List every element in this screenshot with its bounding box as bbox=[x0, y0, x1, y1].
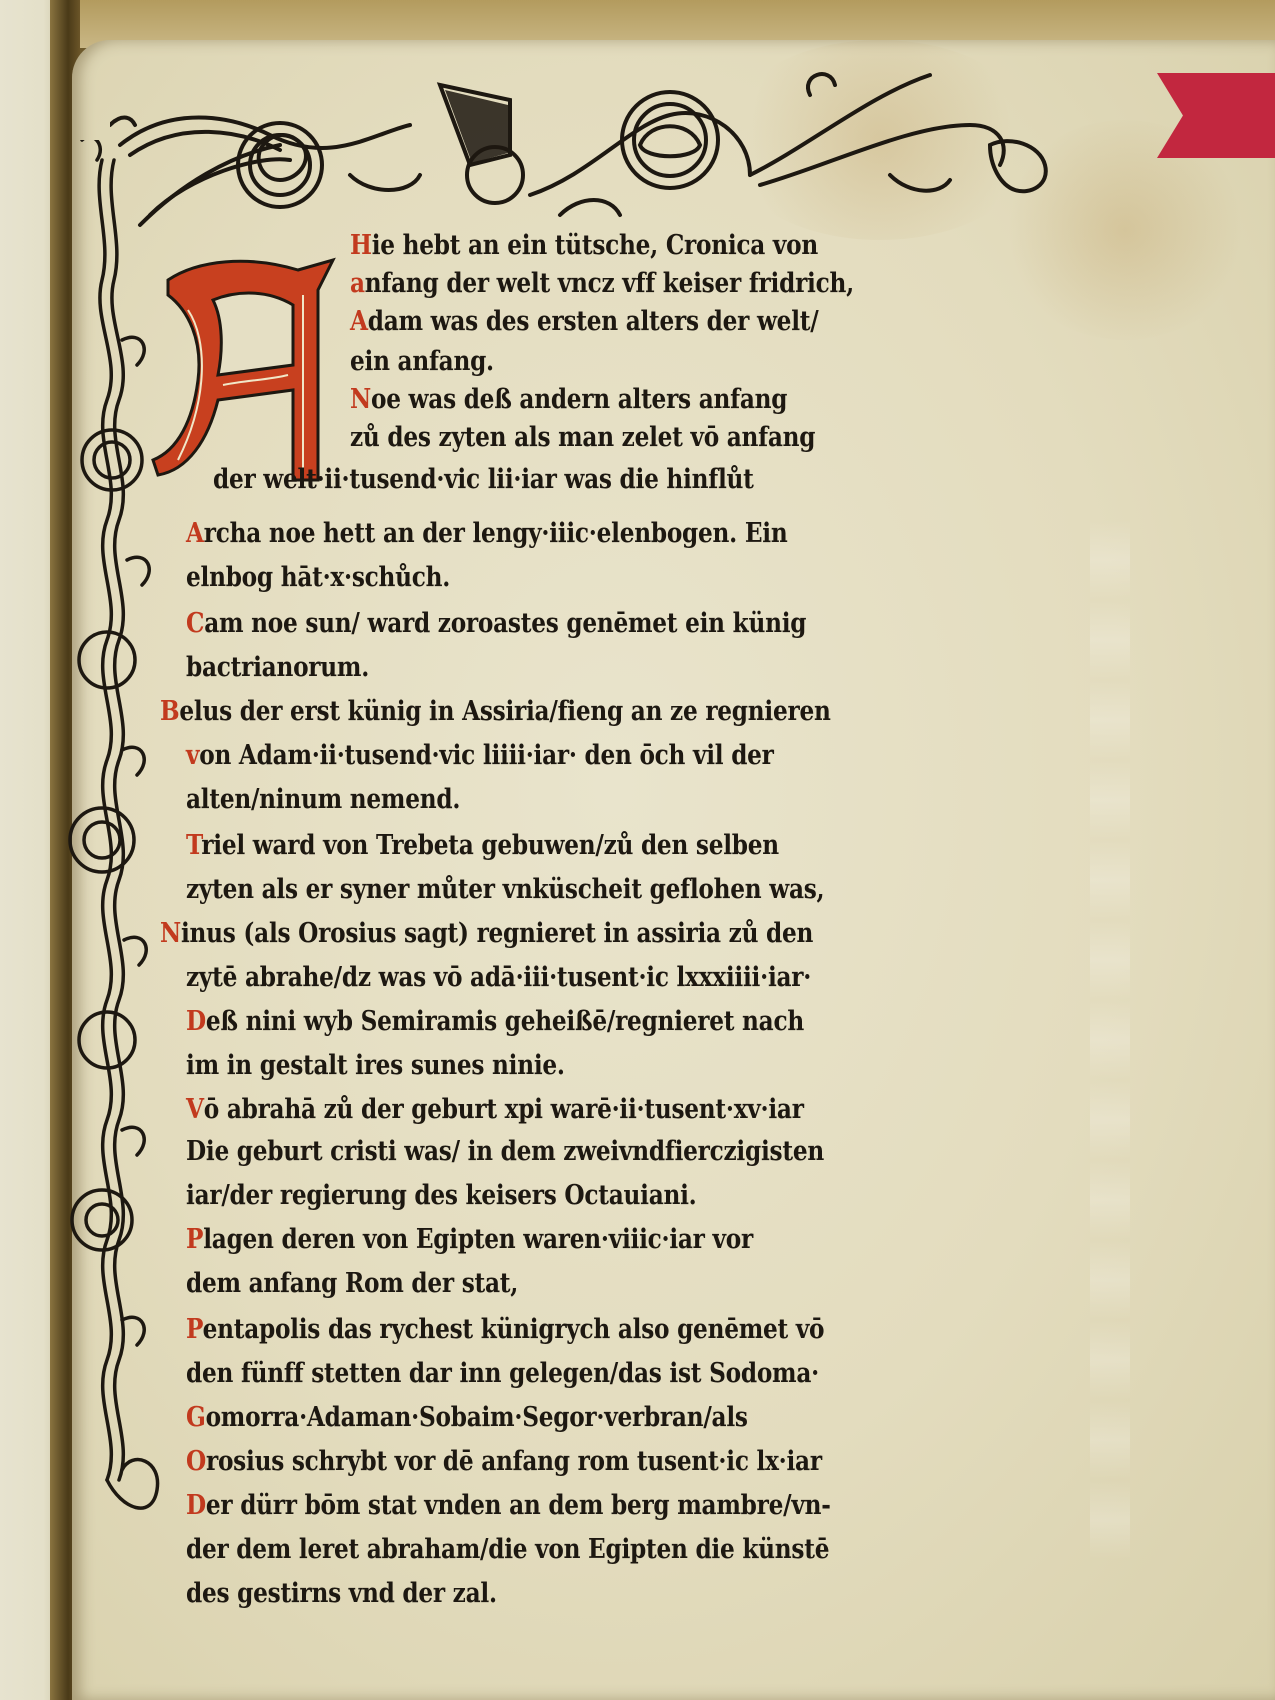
text-line: iar/der regierung des keisers Octauiani. bbox=[186, 1180, 697, 1211]
text-line: Hie hebt an ein tütsche, Cronica von bbox=[350, 230, 818, 261]
text-line: bactrianorum. bbox=[186, 652, 369, 683]
rubricated-initial: H bbox=[350, 230, 372, 261]
rubricated-initial: G bbox=[186, 1402, 206, 1433]
rubricated-initial: C bbox=[186, 608, 204, 639]
text-line: Triel ward von Trebeta gebuwen/zů den se… bbox=[186, 830, 779, 861]
text-line: dem anfang Rom der stat, bbox=[186, 1268, 518, 1299]
text-line: Deß nini wyb Semiramis geheißē/regnieret… bbox=[186, 1006, 804, 1037]
rubricated-initial: a bbox=[350, 268, 365, 299]
text-line: anfang der welt vncz vff keiser fridrich… bbox=[350, 268, 854, 299]
text-line: zyten als er syner můter vnküscheit gefl… bbox=[186, 874, 824, 905]
text-line: Belus der erst künig in Assiria/fieng an… bbox=[160, 696, 831, 727]
rubricated-initial: O bbox=[186, 1446, 206, 1477]
rubricated-initial: P bbox=[186, 1224, 203, 1255]
rubricated-initial: B bbox=[160, 696, 179, 727]
text-line: von Adam·ii·tusend·vic liiii·iar· den ōc… bbox=[186, 740, 774, 771]
rubricated-initial: A bbox=[186, 518, 204, 549]
text-line: Adam was des ersten alters der welt/ bbox=[350, 306, 818, 337]
rubricated-initial: A bbox=[350, 306, 368, 337]
text-line: alten/ninum nemend. bbox=[186, 784, 460, 815]
blind-embossing bbox=[1090, 520, 1130, 1560]
text-line: Orosius schrybt vor dē anfang rom tusent… bbox=[186, 1446, 822, 1477]
chronicle-text-body: Hie hebt an ein tütsche, Cronica von anf… bbox=[0, 0, 1275, 1700]
text-line: Pentapolis das rychest künigrych also ge… bbox=[186, 1314, 824, 1345]
rubricated-initial: T bbox=[186, 830, 201, 861]
text-line: des gestirns vnd der zal. bbox=[186, 1578, 497, 1609]
rubricated-initial: D bbox=[186, 1490, 206, 1521]
text-line: Plagen deren von Egipten waren·viiic·iar… bbox=[186, 1224, 753, 1255]
text-line: der dem leret abraham/die von Egipten di… bbox=[186, 1534, 829, 1565]
rubricated-initial: N bbox=[350, 384, 371, 415]
text-line: Gomorra·Adaman·Sobaim·Segor·verbran/als bbox=[186, 1402, 748, 1433]
text-line: elnbog hāt·x·schůch. bbox=[186, 562, 450, 593]
text-line: der welt·ii·tusend·vic lii·iar was die h… bbox=[213, 464, 754, 495]
text-line: Vō abrahā zů der geburt xpi warē·ii·tuse… bbox=[186, 1094, 804, 1125]
text-line: Ninus (als Orosius sagt) regnieret in as… bbox=[160, 918, 813, 949]
text-line: Noe was deß andern alters anfang bbox=[350, 384, 787, 415]
text-line: Der dürr bōm stat vnden an dem berg mamb… bbox=[186, 1490, 831, 1521]
rubricated-initial: D bbox=[186, 1006, 206, 1037]
text-line: zů des zyten als man zelet vō anfang bbox=[350, 422, 815, 453]
rubricated-initial: N bbox=[160, 918, 181, 949]
text-line: den fünff stetten dar inn gelegen/das is… bbox=[186, 1358, 819, 1389]
text-line: zytē abrahe/dz was vō adā·iii·tusent·ic … bbox=[186, 962, 811, 993]
text-line: Cam noe sun/ ward zoroastes genēmet ein … bbox=[186, 608, 806, 639]
text-line: im in gestalt ires sunes ninie. bbox=[186, 1050, 565, 1081]
rubricated-initial: V bbox=[186, 1094, 204, 1125]
text-line: Die geburt cristi was/ in dem zweivndfie… bbox=[186, 1136, 824, 1167]
text-line: Archa noe hett an der lengy·iiic·elenbog… bbox=[186, 518, 787, 549]
text-line: ein anfang. bbox=[350, 346, 494, 377]
rubricated-initial: P bbox=[186, 1314, 203, 1345]
rubricated-initial: v bbox=[186, 740, 199, 771]
